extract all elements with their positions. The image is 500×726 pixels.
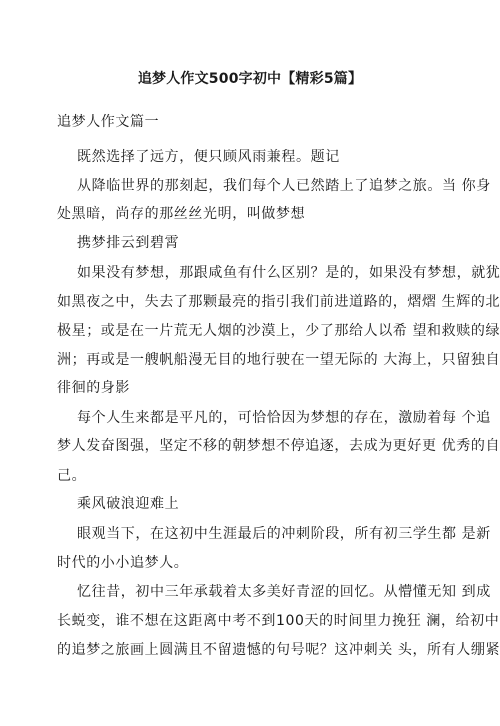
section-heading: 追梦人作文篇一 bbox=[57, 112, 447, 132]
document-title: 追梦人作文500字初中【精彩5篇】 bbox=[0, 68, 500, 88]
paragraph-line: 如果没有梦想，那跟咸鱼有什么区别？是的，如果没有梦想，就犹 bbox=[77, 263, 467, 283]
paragraph-line: 携梦排云到碧霄 bbox=[77, 233, 467, 253]
paragraph-line: 时代的小小追梦人。 bbox=[57, 553, 447, 573]
paragraph-line: 处黑暗，尚存的那丝丝光明，叫做梦想 bbox=[57, 204, 447, 224]
paragraph-line: 从降临世界的那刻起，我们每个人已然踏上了追梦之旅。当 你身 bbox=[77, 176, 467, 196]
paragraph-line: 洲；再或是一艘帆船漫无目的地行驶在一望无际的 大海上，只留独自 bbox=[57, 350, 447, 370]
paragraph-line: 梦人发奋图强，坚定不移的朝梦想不停追逐，去成为更好更 优秀的自 bbox=[57, 436, 447, 456]
paragraph-line: 既然选择了远方，便只顾风雨兼程。题记 bbox=[77, 147, 467, 167]
paragraph-line: 如黑夜之中，失去了那颗最亮的指引我们前进道路的，熠熠 生辉的北 bbox=[57, 292, 447, 312]
paragraph-line: 己。 bbox=[57, 466, 447, 486]
paragraph-line: 眼观当下，在这初中生涯最后的冲刺阶段，所有初三学生都 是新 bbox=[77, 524, 467, 544]
document-page: 追梦人作文500字初中【精彩5篇】 追梦人作文篇一 既然选择了远方，便只顾风雨兼… bbox=[0, 0, 500, 726]
paragraph-line: 乘风破浪迎难上 bbox=[77, 494, 467, 514]
paragraph-line: 徘徊的身影 bbox=[57, 378, 447, 398]
paragraph-line: 每个人生来都是平凡的，可恰恰因为梦想的存在，激励着每 个追 bbox=[77, 408, 467, 428]
paragraph-line: 长蜕变，谁不想在这距离中考不到100天的时间里力挽狂 澜，给初中 bbox=[57, 611, 447, 631]
paragraph-line: 极星；或是在一片荒无人烟的沙漠上，少了那给人以希 望和救赎的绿 bbox=[57, 321, 447, 341]
paragraph-line: 的追梦之旅画上圆满且不留遗憾的句号呢？这冲刺关 头，所有人绷紧 bbox=[57, 640, 447, 660]
paragraph-line: 忆往昔，初中三年承载着太多美好青涩的回忆。从懵懂无知 到成 bbox=[77, 582, 467, 602]
